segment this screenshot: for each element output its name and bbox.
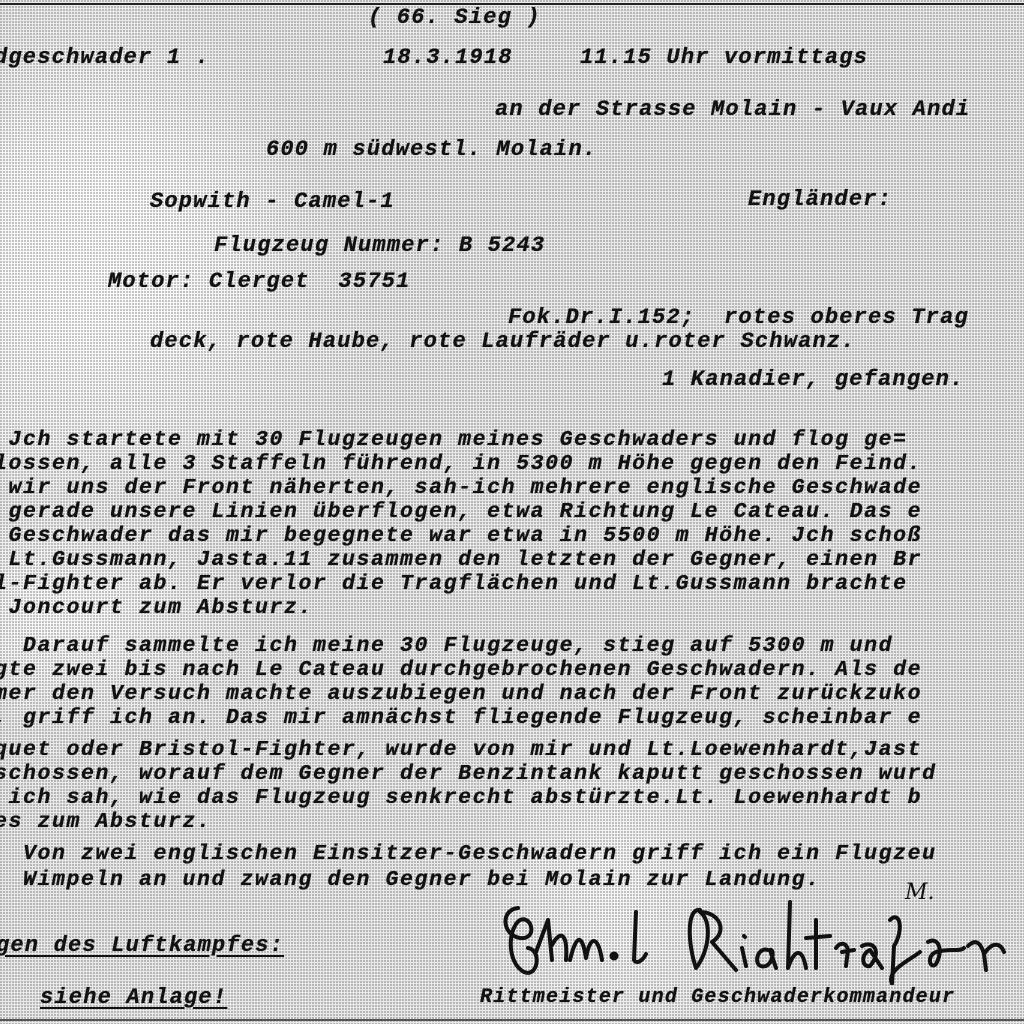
bottom-border	[0, 1019, 1024, 1021]
body-line: Von zwei englischen Einsitzer-Geschwader…	[0, 842, 937, 866]
body-line: wir uns der Front näherten, sah-ich mehr…	[0, 476, 922, 500]
location-line-1: an der Strasse Molain - Vaux Andi	[495, 98, 970, 122]
aircraft-type: Sopwith - Camel-1	[150, 190, 395, 214]
own-aircraft-line-1: Fok.Dr.I.152; rotes oberes Trag	[508, 306, 969, 330]
signature-title: Rittmeister und Geschwaderkommandeur	[480, 986, 955, 1010]
body-line: mer den Versuch machte auszubiegen und n…	[0, 682, 922, 706]
body-line: Joncourt zum Absturz.	[0, 596, 313, 620]
body-line: quet oder Bristol-Fighter, wurde von mir…	[0, 738, 922, 762]
time: 11.15 Uhr vormittags	[580, 46, 868, 70]
aircraft-number: Flugzeug Nummer: B 5243	[214, 234, 545, 258]
body-line: Darauf sammelte ich meine 30 Flugzeuge, …	[0, 634, 893, 658]
body-line: Geschwader das mir begegnete war etwa in…	[0, 524, 922, 548]
circumstances-label: gen des Luftkampfes:	[0, 934, 284, 958]
body-line: lossen, alle 3 Staffeln führend, in 5300…	[0, 452, 922, 476]
unit-name: dgeschwader 1 .	[0, 46, 210, 70]
body-line: gte zwei bis nach Le Cateau durchgebroch…	[0, 658, 922, 682]
body-line: Jch startete mit 30 Flugzeugen meines Ge…	[0, 428, 908, 452]
body-line: l-Fighter ab. Er verlor die Tragflächen …	[0, 572, 908, 596]
own-aircraft-line-2: deck, rote Haube, rote Laufräder u.roter…	[150, 330, 856, 354]
date: 18.3.1918	[383, 46, 513, 70]
body-line: Lt.Gussmann, Jasta.11 zusammen den letzt…	[0, 548, 922, 572]
body-line: schossen, worauf dem Gegner der Benzinta…	[0, 762, 937, 786]
body-line: ich sah, wie das Flugzeug senkrecht abst…	[0, 786, 922, 810]
location-line-2: 600 m südwestl. Molain.	[266, 138, 597, 162]
body-line: es zum Absturz.	[0, 810, 212, 834]
body-line: Wimpeln an und zwang den Gegner bei Mola…	[0, 868, 821, 892]
motor: Motor: Clerget 35751	[108, 270, 410, 294]
pilot-status: 1 Kanadier, gefangen.	[662, 368, 964, 392]
see-attachment: siehe Anlage!	[40, 986, 227, 1010]
victory-number: ( 66. Sieg )	[368, 6, 541, 30]
signature-icon: Frhr. v. Richthofen	[490, 890, 1024, 985]
body-line: , griff ich an. Das mir amnächst fliegen…	[0, 706, 922, 730]
nationality: Engländer:	[748, 188, 892, 212]
body-line: gerade unsere Linien überflogen, etwa Ri…	[0, 500, 922, 524]
